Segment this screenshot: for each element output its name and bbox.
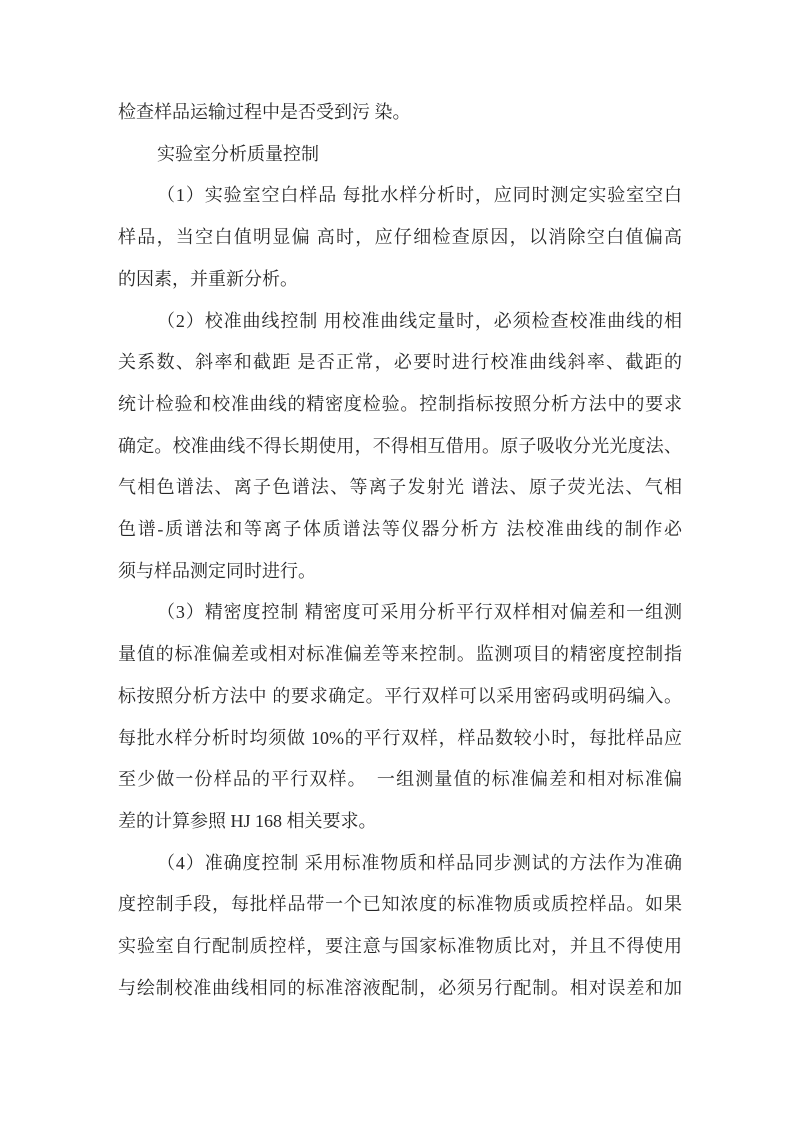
text-line: 度控制手段，每批样品带一个已知浓度的标准物质或质控样品。如果 xyxy=(118,884,682,926)
text-line: 的因素，并重新分析。 xyxy=(118,259,682,301)
text-line: 确定。校准曲线不得长期使用，不得相互借用。原子吸收分光光度法、 xyxy=(118,426,682,468)
text-line: 至少做一份样品的平行双样。 一组测量值的标准偏差和相对标准偏 xyxy=(118,759,682,801)
text-line: 实验室自行配制质控样，要注意与国家标准物质比对，并且不得使用 xyxy=(118,926,682,968)
text-line: 关系数、斜率和截距 是否正常，必要时进行校准曲线斜率、截距的 xyxy=(118,342,682,384)
text-line: （3）精密度控制 精密度可采用分析平行双样相对偏差和一组测 xyxy=(118,592,682,634)
text-line: 统计检验和校准曲线的精密度检验。控制指标按照分析方法中的要求 xyxy=(118,384,682,426)
text-line: 量值的标准偏差或相对标准偏差等来控制。监测项目的精密度控制指 xyxy=(118,634,682,676)
text-line: 样品，当空白值明显偏 高时，应仔细检查原因，以消除空白值偏高 xyxy=(118,217,682,259)
text-line: 色谱-质谱法和等离子体质谱法等仪器分析方 法校准曲线的制作必 xyxy=(118,509,682,551)
document-page: 检查样品运输过程中是否受到污 染。 实验室分析质量控制 （1）实验室空白样品 每… xyxy=(0,0,800,1131)
document-body-text: 检查样品运输过程中是否受到污 染。 实验室分析质量控制 （1）实验室空白样品 每… xyxy=(118,92,682,1009)
text-line: 检查样品运输过程中是否受到污 染。 xyxy=(118,92,682,134)
text-line: （4）准确度控制 采用标准物质和样品同步测试的方法作为准确 xyxy=(118,843,682,885)
text-line: （1）实验室空白样品 每批水样分析时，应同时测定实验室空白 xyxy=(118,175,682,217)
text-line: 每批水样分析时均须做 10%的平行双样，样品数较小时，每批样品应 xyxy=(118,718,682,760)
text-line: 须与样品测定同时进行。 xyxy=(118,551,682,593)
text-line: 差的计算参照 HJ 168 相关要求。 xyxy=(118,801,682,843)
text-line: 气相色谱法、离子色谱法、等离子发射光 谱法、原子荧光法、气相 xyxy=(118,467,682,509)
section-heading: 实验室分析质量控制 xyxy=(118,134,682,176)
text-line: 与绘制校准曲线相同的标准溶液配制，必须另行配制。相对误差和加 xyxy=(118,968,682,1010)
text-line: （2）校准曲线控制 用校准曲线定量时，必须检查校准曲线的相 xyxy=(118,301,682,343)
text-line: 标按照分析方法中 的要求确定。平行双样可以采用密码或明码编入。 xyxy=(118,676,682,718)
